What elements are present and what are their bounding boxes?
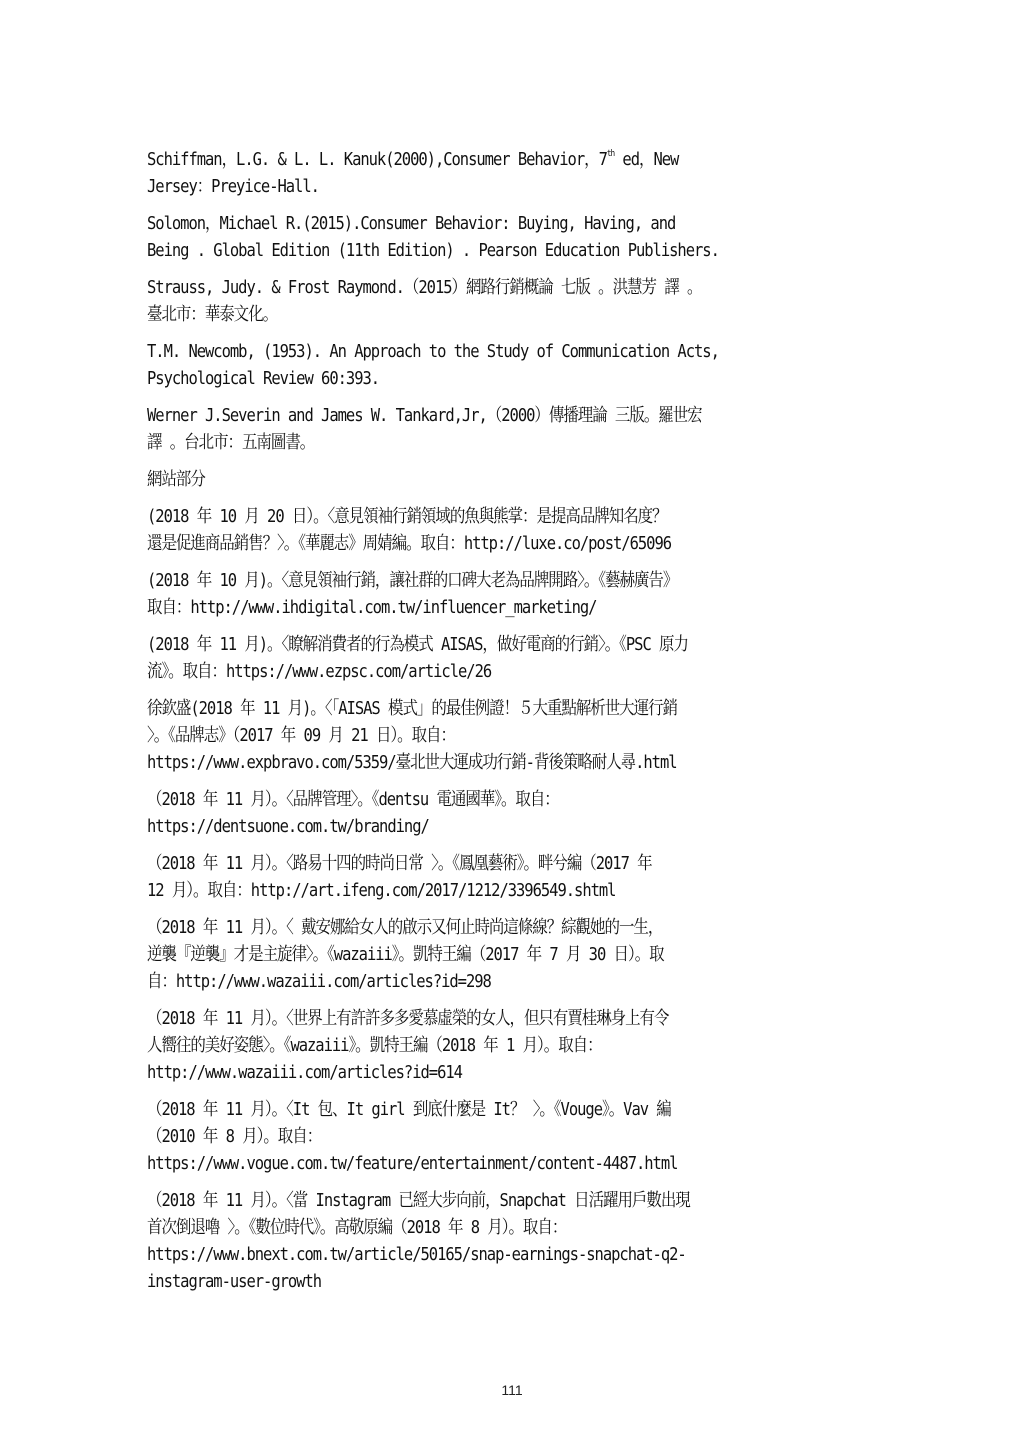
reference-line: （2018 年 11 月）。〈當 Instagram 已經大步向前，Snapch… [147,1187,783,1214]
reference-line: 臺北市：華泰文化。 [147,301,783,328]
reference-line: (2018 年 10 月)。〈意見領袖行銷，讓社群的口碑大老為品牌開路〉。《藝赫… [147,567,783,594]
reference-line: 流》。取自：https://www.ezpsc.com/article/26 [147,658,783,685]
reference-line: T.M. Newcomb, (1953). An Approach to the… [147,338,783,365]
reference-line: （2018 年 11 月）。〈世界上有許許多多愛慕虛榮的女人，但只有賈桂琳身上有… [147,1005,783,1032]
page-number: 111 [0,1382,1024,1398]
reference-line: 還是促進商品銷售？〉。《華麗志》周婧編。取自：http://luxe.co/po… [147,530,783,557]
section-heading-text: 網站部分 [147,466,783,493]
reference-line: Schiffman，L.G. & L. L. Kanuk(2000),Consu… [147,146,783,173]
reference-line: （2018 年 11 月）。〈 戴安娜給女人的啟示又何止時尚這條線？綜觀她的一生… [147,914,783,941]
reference-line: Being . Global Edition (11th Edition) . … [147,237,783,264]
website-entry: (2018 年 10 月 20 日）。〈意見領袖行銷領域的魚與熊掌：是提高品牌知… [147,503,887,557]
reference-line: 〉。《品牌志》（2017 年 09 月 21 日）。取自： [147,722,783,749]
reference-line: 譯 。台北市：五南圖書。 [147,429,783,456]
reference-line: （2010 年 8 月）。取自： [147,1123,783,1150]
reference-line: http://www.wazaiii.com/articles?id=614 [147,1059,783,1086]
website-entry: （2018 年 11 月）。〈品牌管理〉。《dentsu 電通國華》。取自： h… [147,786,887,840]
reference-line: instagram-user-growth [147,1268,783,1295]
website-entry: (2018 年 11 月)。〈瞭解消費者的行為模式 AISAS，做好電商的行銷〉… [147,631,887,685]
reference-entry-schiffman: Schiffman，L.G. & L. L. Kanuk(2000),Consu… [147,146,887,200]
document-page: Schiffman，L.G. & L. L. Kanuk(2000),Consu… [0,0,1024,1448]
website-entry: （2018 年 11 月）。〈It 包、It girl 到底什麼是 It？ 〉。… [147,1096,887,1177]
reference-line: 人嚮往的美好姿態〉。《wazaiii》。凱特王編（2018 年 1 月）。取自： [147,1032,783,1059]
reference-entry-newcomb: T.M. Newcomb, (1953). An Approach to the… [147,338,887,392]
website-entry: （2018 年 11 月）。〈當 Instagram 已經大步向前，Snapch… [147,1187,887,1295]
website-entry: (2018 年 10 月)。〈意見領袖行銷，讓社群的口碑大老為品牌開路〉。《藝赫… [147,567,887,621]
reference-line: 首次倒退嚕 〉。《數位時代》。高敬原編（2018 年 8 月）。取自： [147,1214,783,1241]
reference-line: https://dentsuone.com.tw/branding/ [147,813,783,840]
reference-entry-severin: Werner J.Severin and James W. Tankard,Jr… [147,402,887,456]
reference-line: https://www.bnext.com.tw/article/50165/s… [147,1241,783,1268]
reference-text: Schiffman，L.G. & L. L. Kanuk(2000),Consu… [147,149,607,170]
reference-line: 12 月）。取自：http://art.ifeng.com/2017/1212/… [147,877,783,904]
reference-list: Schiffman，L.G. & L. L. Kanuk(2000),Consu… [147,146,887,1305]
reference-line: 徐欽盛(2018 年 11 月)。〈「AISAS 模式」的最佳例證！５大重點解析… [147,695,783,722]
website-entry: 徐欽盛(2018 年 11 月)。〈「AISAS 模式」的最佳例證！５大重點解析… [147,695,887,776]
reference-line: （2018 年 11 月）。〈品牌管理〉。《dentsu 電通國華》。取自： [147,786,783,813]
section-heading-websites: 網站部分 [147,466,887,493]
website-entry: （2018 年 11 月）。〈世界上有許許多多愛慕虛榮的女人，但只有賈桂琳身上有… [147,1005,887,1086]
reference-line: https://www.expbravo.com/5359/臺北世大運成功行銷-… [147,749,783,776]
reference-line: （2018 年 11 月）。〈It 包、It girl 到底什麼是 It？ 〉。… [147,1096,783,1123]
reference-line: Psychological Review 60:393. [147,365,783,392]
reference-line: (2018 年 10 月 20 日）。〈意見領袖行銷領域的魚與熊掌：是提高品牌知… [147,503,783,530]
reference-line: Werner J.Severin and James W. Tankard,Jr… [147,402,783,429]
reference-line: (2018 年 11 月)。〈瞭解消費者的行為模式 AISAS，做好電商的行銷〉… [147,631,783,658]
website-entry: （2018 年 11 月）。〈路易十四的時尚日常 〉。《鳳凰藝術》。畔兮編（20… [147,850,887,904]
reference-line: https://www.vogue.com.tw/feature/enterta… [147,1150,783,1177]
reference-line: Solomon，Michael R.(2015).Consumer Behavi… [147,210,783,237]
reference-text: ed，New [614,149,678,170]
reference-entry-strauss: Strauss, Judy. & Frost Raymond.（2015）網路行… [147,274,887,328]
website-entry: （2018 年 11 月）。〈 戴安娜給女人的啟示又何止時尚這條線？綜觀她的一生… [147,914,887,995]
reference-line: 自：http://www.wazaiii.com/articles?id=298 [147,968,783,995]
reference-entry-solomon: Solomon，Michael R.(2015).Consumer Behavi… [147,210,887,264]
reference-line: 逆襲『逆襲』才是主旋律〉。《wazaiii》。凱特王編（2017 年 7 月 3… [147,941,783,968]
reference-line: 取自：http://www.ihdigital.com.tw/influence… [147,594,783,621]
reference-line: Strauss, Judy. & Frost Raymond.（2015）網路行… [147,274,783,301]
reference-line: Jersey：Preyice-Hall. [147,173,783,200]
reference-line: （2018 年 11 月）。〈路易十四的時尚日常 〉。《鳳凰藝術》。畔兮編（20… [147,850,783,877]
